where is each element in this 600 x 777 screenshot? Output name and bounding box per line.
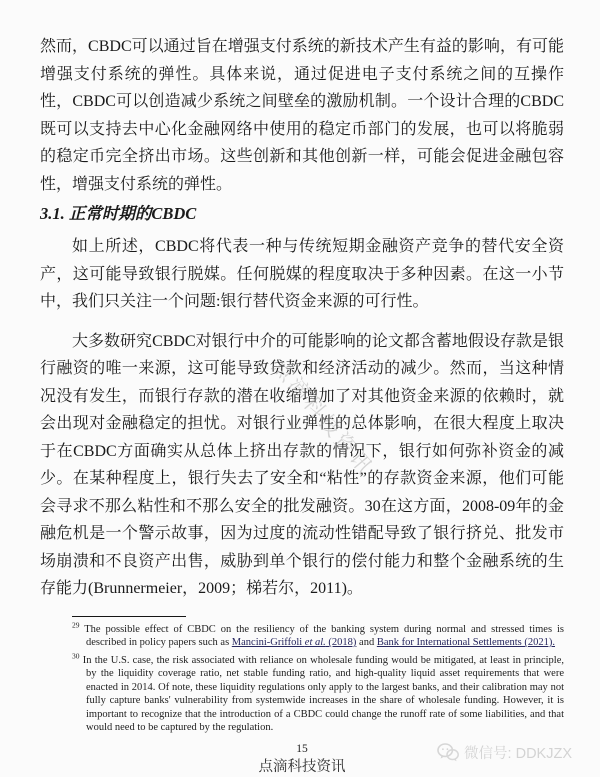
footnote-29-number: 29 [72,620,80,629]
wechat-watermark: 微信号: DDKJZX [437,742,572,763]
footnote-separator-rule [72,616,186,617]
footnote-29-text-and: and [356,637,376,648]
body-paragraph-3: 大多数研究CBDC对银行中介的可能影响的论文都含蓄地假设存款是银行融资的唯一来源… [40,328,564,603]
wechat-icon [437,743,459,762]
footnote-29: 29 The possible effect of CBDC on the re… [72,623,564,650]
footnote-30-number: 30 [72,651,80,660]
body-paragraph-1: 然而，CBDC可以通过旨在增强支付系统的新技术产生有益的影响，有可能增强支付系统… [40,33,564,198]
link-mancini-griffoli-2018[interactable]: Mancini-Griffoli et al. (2018) [232,637,357,648]
document-page: 然而，CBDC可以通过旨在增强支付系统的新技术产生有益的影响，有可能增强支付系统… [0,0,600,777]
footnote-30-text: In the U.S. case, the risk associated wi… [83,655,564,734]
link-bis-2021[interactable]: Bank for International Settlements (2021… [377,637,555,648]
body-paragraph-2: 如上所述，CBDC将代表一种与传统短期金融资产竞争的替代安全资产，这可能导致银行… [40,233,564,316]
footnote-30: 30 In the U.S. case, the risk associated… [72,654,564,735]
section-heading-3-1: 3.1. 正常时期的CBDC [40,202,564,226]
wechat-watermark-label: 微信号: DDKJZX [464,742,572,763]
